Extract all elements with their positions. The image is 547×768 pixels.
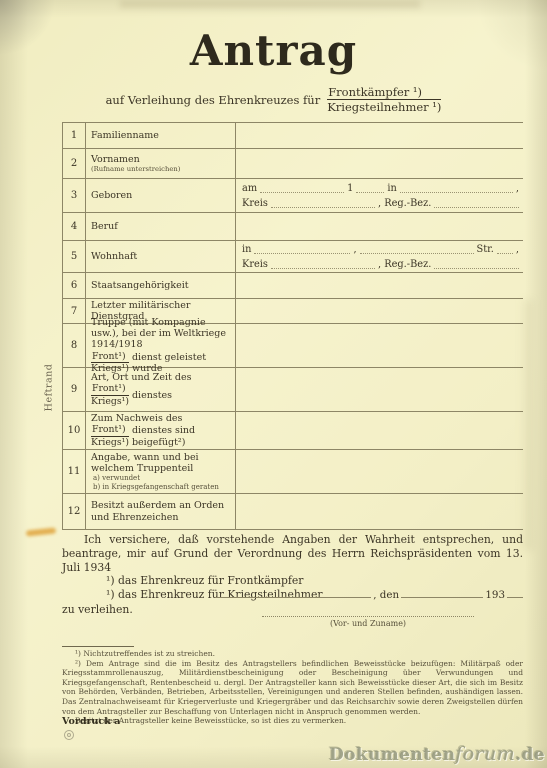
- front-kriegs-fraction: Front¹) Kriegs¹): [91, 425, 129, 448]
- blank-line: [401, 596, 483, 598]
- row-number: 1: [63, 123, 86, 148]
- row-number: 12: [63, 494, 86, 529]
- row-label: Beruf: [86, 213, 236, 240]
- field-label-year: 1: [347, 181, 353, 196]
- date-den-label: , den: [373, 589, 399, 601]
- row-sublabel-text: (Rufname unterstreichen): [91, 166, 232, 173]
- fill-line: in , Str. ,: [242, 242, 519, 257]
- row-subitem-a: a) verwundet: [93, 474, 232, 483]
- vordruck-label: Vordruck a: [62, 716, 120, 727]
- blank-line: [434, 206, 519, 208]
- declaration-closing: zu verleihen.: [62, 603, 523, 617]
- field-label-regbez: , Reg.-Bez.: [378, 196, 431, 211]
- row-value-fields: am 1 in , Kreis , Reg.-Bez.: [236, 179, 523, 212]
- row-label-text: Truppe (mit Kompagnie usw.), bei der im …: [91, 317, 232, 351]
- row-label: Art, Ort und Zeit des Front¹) Kriegs¹) d…: [86, 368, 236, 411]
- field-label-in: in: [242, 242, 251, 257]
- form-subtitle: auf Verleihung des Ehrenkreuzes für Fron…: [0, 86, 547, 113]
- declaration-block: Ich versichere, daß vorstehende Angaben …: [62, 533, 523, 617]
- declaration-text: Ich versichere, daß vorstehende Angaben …: [62, 533, 523, 574]
- footnote-3: Besitzt der Antragsteller keine Beweisst…: [75, 716, 523, 726]
- row-value-fields: in , Str. , Kreis , Reg.-Bez.: [236, 241, 523, 272]
- row-value-blank: [236, 494, 523, 529]
- row-label: Wohnhaft: [86, 241, 236, 272]
- form-table: 1 Familienname 2 Vornamen (Rufname unter…: [62, 122, 523, 530]
- table-row-nachweis: 10 Zum Nachweis des Front¹) Kriegs¹) die…: [63, 412, 523, 450]
- row-label-text: Beruf: [91, 221, 232, 232]
- field-comma: ,: [516, 181, 519, 196]
- row-number: 5: [63, 241, 86, 272]
- row-label: Zum Nachweis des Front¹) Kriegs¹) dienst…: [86, 412, 236, 449]
- row-number: 8: [63, 324, 86, 367]
- row-value-blank: [236, 299, 523, 323]
- table-row-beruf: 4 Beruf: [63, 213, 523, 241]
- blank-line: [400, 191, 513, 193]
- fill-line: Kreis , Reg.-Bez.: [242, 196, 519, 211]
- table-row-familienname: 1 Familienname: [63, 123, 523, 149]
- table-row-vornamen: 2 Vornamen (Rufname unterstreichen): [63, 149, 523, 179]
- row-number: 3: [63, 179, 86, 212]
- field-label-in: in: [387, 181, 396, 196]
- table-row-truppe: 8 Truppe (mit Kompagnie usw.), bei der i…: [63, 324, 523, 368]
- row-label: Familienname: [86, 123, 236, 148]
- blank-line: [271, 206, 375, 208]
- embossed-stamp-icon: [64, 730, 74, 740]
- field-label-str: Str.: [477, 242, 494, 257]
- watermark: Dokumentenforum.de: [329, 743, 545, 765]
- row-value-blank: [236, 213, 523, 240]
- fraction-suffix: dienstes sind beigefügt²): [132, 425, 232, 447]
- row-label-text: Vornamen: [91, 154, 232, 165]
- row-value-blank: [236, 324, 523, 367]
- row-number: 9: [63, 368, 86, 411]
- row-label-text: Staatsangehörigkeit: [91, 280, 232, 291]
- row-label: Truppe (mit Kompagnie usw.), bei der im …: [86, 324, 236, 367]
- watermark-part3: .de: [515, 745, 545, 765]
- blank-line: [497, 252, 513, 254]
- blank-line: [360, 252, 474, 254]
- row-label: Geboren: [86, 179, 236, 212]
- blank-line: [254, 252, 350, 254]
- blank-line: [260, 191, 344, 193]
- fraction-suffix: dienstes: [132, 390, 172, 401]
- row-label: Besitzt außerdem an Orden und Ehrenzeich…: [86, 494, 236, 529]
- blank-line: [271, 267, 375, 269]
- table-row-orden: 12 Besitzt außerdem an Orden und Ehrenze…: [63, 494, 523, 530]
- watermark-part1: Dokumenten: [329, 745, 455, 765]
- footnote-separator: [62, 646, 134, 647]
- row-label-text: Zum Nachweis des: [91, 413, 232, 424]
- row-number: 11: [63, 450, 86, 493]
- fraction-bottom: Kriegs¹): [91, 437, 129, 448]
- row-number: 7: [63, 299, 86, 323]
- fraction-top: Front¹): [91, 425, 129, 437]
- row-label-text: Angabe, wann und bei welchem Truppenteil: [91, 452, 232, 474]
- subtitle-prefix: auf Verleihung des Ehrenkreuzes für: [106, 93, 321, 107]
- field-label-regbez: , Reg.-Bez.: [378, 257, 431, 272]
- footnote-1: ¹) Nichtzutreffendes ist zu streichen.: [75, 649, 523, 659]
- field-label-am: am: [242, 181, 257, 196]
- scanned-form-page: Antrag auf Verleihung des Ehrenkreuzes f…: [0, 0, 547, 768]
- row-value-blank: [236, 273, 523, 298]
- row-value-blank: [236, 123, 523, 148]
- table-row-art-ort-zeit: 9 Art, Ort und Zeit des Front¹) Kriegs¹)…: [63, 368, 523, 412]
- row-label: Staatsangehörigkeit: [86, 273, 236, 298]
- table-row-staatsangehoerigkeit: 6 Staatsangehörigkeit: [63, 273, 523, 299]
- front-kriegs-fraction: Front¹) Kriegs¹): [91, 384, 129, 407]
- row-label-text: Art, Ort und Zeit des: [91, 372, 232, 383]
- fraction-top: Front¹): [91, 384, 129, 396]
- row-number: 6: [63, 273, 86, 298]
- front-kriegs-stack: Front¹) Kriegs¹) dienstes sind beigefügt…: [91, 425, 232, 448]
- signature-caption: (Vor- und Zuname): [262, 617, 474, 628]
- date-year-label: 193: [485, 589, 505, 601]
- row-number: 2: [63, 149, 86, 178]
- row-number: 10: [63, 412, 86, 449]
- row-label-text: Besitzt außerdem an Orden und Ehrenzeich…: [91, 500, 232, 522]
- row-subitem-b: b) in Kriegsgefangenschaft geraten: [93, 483, 232, 492]
- fill-line: am 1 in ,: [242, 181, 519, 196]
- field-comma: ,: [353, 242, 356, 257]
- stain: [26, 527, 56, 536]
- stain: [523, 300, 533, 550]
- subtitle-option-stack: Frontkämpfer ¹) Kriegsteilnehmer ¹): [327, 86, 441, 113]
- row-label-text: Familienname: [91, 130, 232, 141]
- row-number: 4: [63, 213, 86, 240]
- stain: [120, 0, 420, 8]
- row-value-blank: [236, 149, 523, 178]
- front-kriegs-stack: Front¹) Kriegs¹) dienstes: [91, 384, 232, 407]
- option-frontkaempfer: Frontkämpfer ¹): [327, 86, 441, 100]
- fill-line: Kreis , Reg.-Bez.: [242, 257, 519, 272]
- row-label: Vornamen (Rufname unterstreichen): [86, 149, 236, 178]
- blank-line: [215, 596, 371, 598]
- fraction-bottom: Kriegs¹): [91, 396, 129, 407]
- table-row-wohnhaft: 5 Wohnhaft in , Str. , Kreis , Reg.-Bez.: [63, 241, 523, 273]
- date-line: , den 193: [215, 589, 523, 601]
- field-label-kreis: Kreis: [242, 196, 268, 211]
- binding-margin-label: Heftrand: [44, 355, 55, 421]
- signature-line: (Vor- und Zuname): [262, 616, 474, 628]
- table-row-geboren: 3 Geboren am 1 in , Kreis , Reg.-Bez.: [63, 179, 523, 213]
- row-label-text: Geboren: [91, 190, 232, 201]
- page-title: Antrag: [0, 26, 547, 75]
- footnote-2: ²) Dem Antrage sind die im Besitz des An…: [62, 659, 523, 717]
- declaration-option-1: ¹) das Ehrenkreuz für Frontkämpfer: [106, 574, 523, 588]
- blank-line: [434, 267, 519, 269]
- blank-line: [507, 596, 523, 598]
- row-value-blank: [236, 368, 523, 411]
- blank-line: [356, 191, 384, 193]
- watermark-part2: forum: [455, 743, 515, 765]
- row-label: Angabe, wann und bei welchem Truppenteil…: [86, 450, 236, 493]
- row-value-blank: [236, 412, 523, 449]
- table-row-verwundet: 11 Angabe, wann und bei welchem Truppent…: [63, 450, 523, 494]
- fraction-top: Front¹): [91, 352, 129, 364]
- field-comma: ,: [516, 242, 519, 257]
- footnotes-block: ¹) Nichtzutreffendes ist zu streichen. ²…: [62, 649, 523, 726]
- row-value-blank: [236, 450, 523, 493]
- row-label-text: Wohnhaft: [91, 251, 232, 262]
- option-kriegsteilnehmer: Kriegsteilnehmer ¹): [327, 100, 441, 113]
- field-label-kreis: Kreis: [242, 257, 268, 272]
